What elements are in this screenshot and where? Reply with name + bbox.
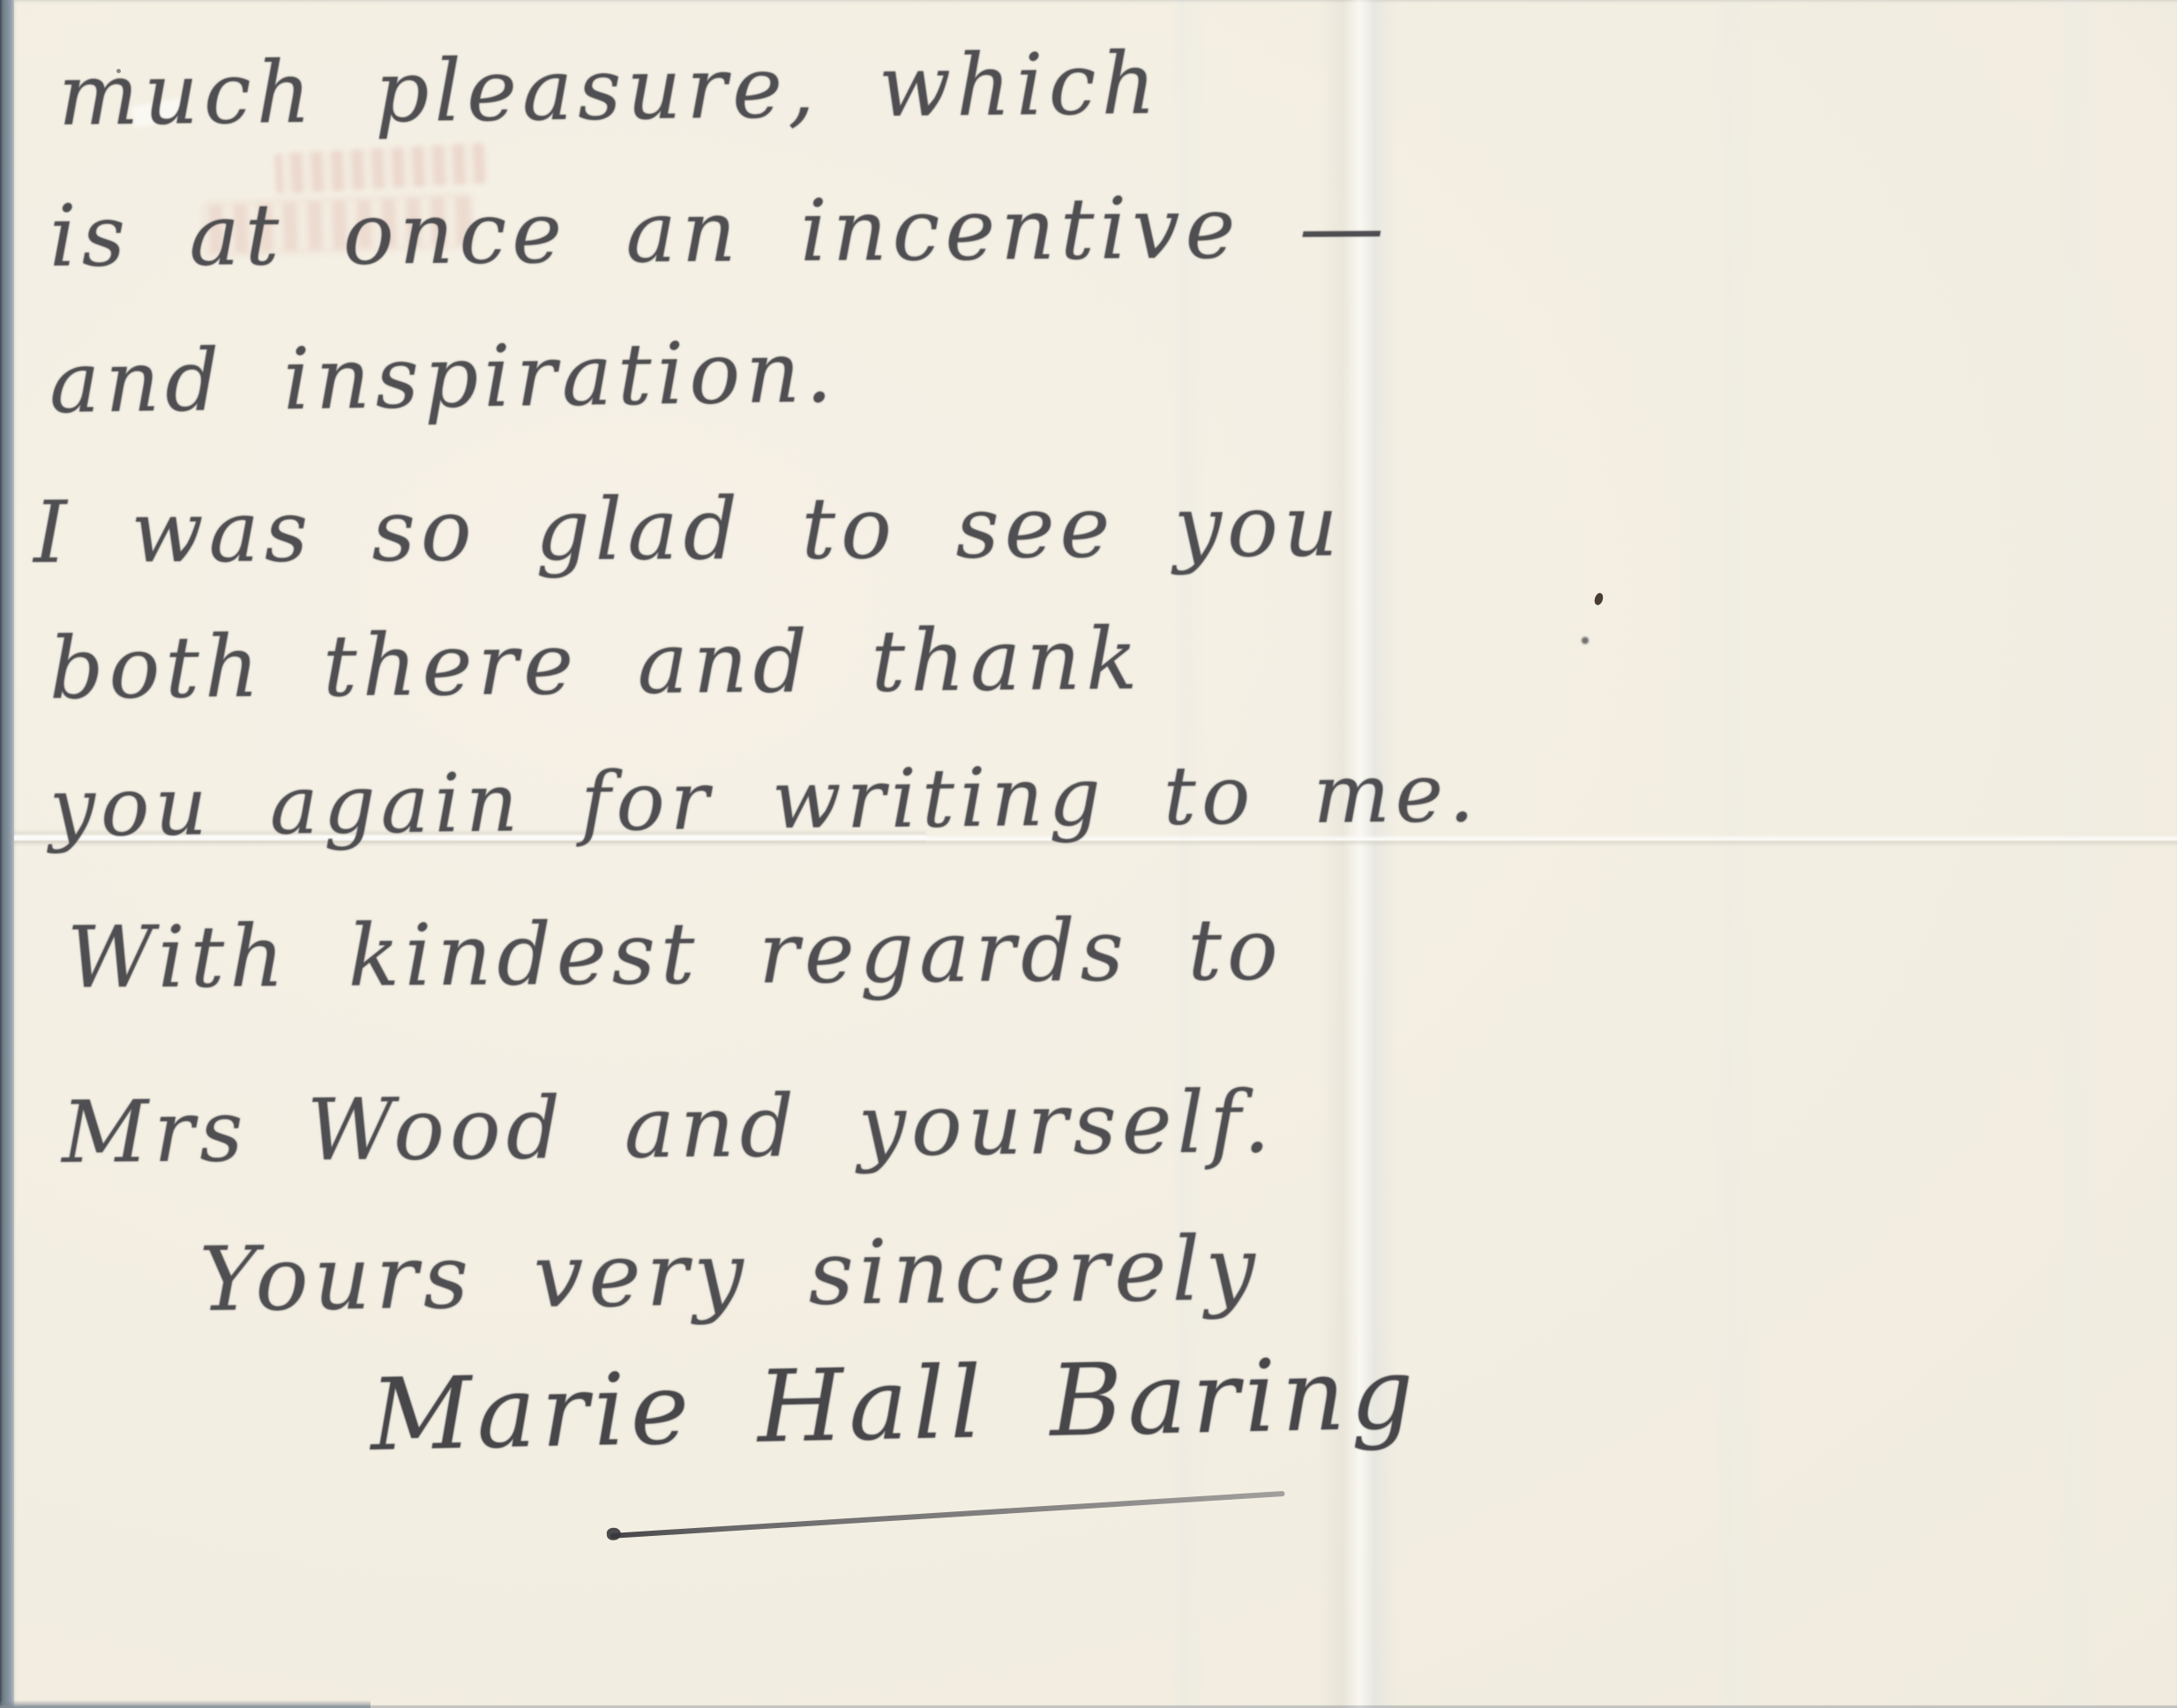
letter-line-7: With kindest regards to bbox=[67, 900, 1284, 1008]
scanned-letter-page: much pleasure, which is at once an incen… bbox=[0, 0, 2177, 1708]
letter-line-8: Mrs Wood and yourself. bbox=[62, 1073, 1276, 1182]
letter-line-1: much pleasure, which bbox=[57, 34, 1161, 145]
letter-line-5: both there and thank bbox=[49, 610, 1143, 718]
letter-line-6: you again for writing to me. bbox=[49, 745, 1480, 855]
signature: Marie Hall Baring bbox=[370, 1337, 1420, 1473]
letter-line-4: I was so glad to see you bbox=[34, 476, 1343, 582]
letter-line-2: is at once an incentive — bbox=[49, 177, 1390, 286]
letter-line-3: and inspiration. bbox=[49, 323, 838, 432]
scanner-edge-left bbox=[0, 0, 14, 1708]
closing-line: Yours very sincerely bbox=[198, 1217, 1261, 1331]
